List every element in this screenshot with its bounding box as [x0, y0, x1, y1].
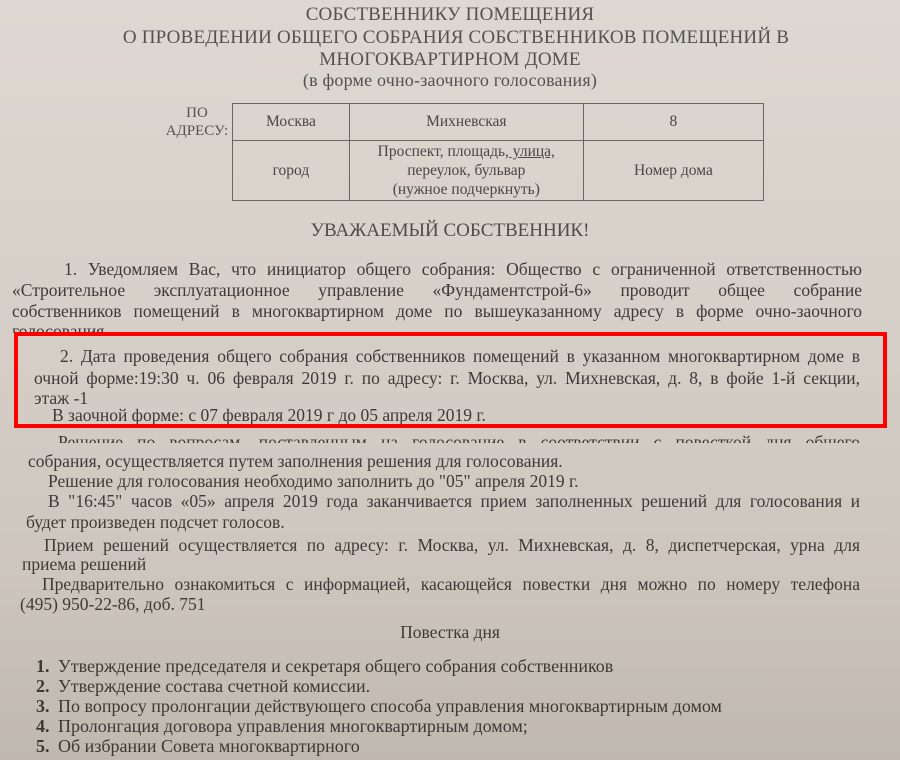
- agenda-item: 1.Утверждение председателя и секретаря о…: [36, 656, 613, 677]
- address-table: Москва Михневская 8 город Проспект, площ…: [232, 103, 764, 201]
- p3-line6: Прием решений осуществляется по адресу: …: [44, 535, 860, 556]
- p1-line3: собственников помещений в многоквартирно…: [12, 301, 862, 322]
- greeting-heading: УВАЖАЕМЫЙ СОБСТВЕННИК!: [0, 220, 900, 242]
- agenda-item-number: 1.: [36, 656, 58, 677]
- address-house-number: 8: [583, 104, 763, 141]
- address-street: Михневская: [349, 104, 583, 141]
- p3-line8: Предварительно ознакомиться с информацие…: [42, 574, 860, 595]
- address-label: ПО АДРЕСУ:: [162, 104, 232, 140]
- address-label-line2: АДРЕСУ:: [162, 122, 232, 140]
- agenda-item-text: Утверждение состава счетной комиссии.: [58, 676, 370, 696]
- p1-line1: 1. Уведомляем Вас, что инициатор общего …: [12, 259, 862, 280]
- caption-street-type: Проспект, площадь, улица, переулок, буль…: [349, 141, 583, 201]
- address-city: Москва: [233, 104, 350, 141]
- notice-title-line1: СОБСТВЕННИКУ ПОМЕЩЕНИЯ: [0, 4, 900, 26]
- agenda-item-number: 3.: [36, 696, 58, 717]
- p3-line4: В "16:45" часов «05» апреля 2019 года за…: [48, 491, 860, 512]
- agenda-item-number: 2.: [36, 676, 58, 697]
- address-values-row: Москва Михневская 8: [233, 104, 764, 141]
- agenda-item: 5.Об избрании Совета многоквартирного: [36, 736, 360, 757]
- caption-street-rest2: (нужное подчеркнуть): [354, 180, 579, 199]
- caption-street-underlined: , улица,: [505, 143, 555, 160]
- p3-line2: собрания, осуществляется путем заполнени…: [28, 451, 878, 472]
- agenda-item: 4.Пролонгация договора управления многок…: [36, 716, 528, 737]
- caption-city: город: [233, 141, 350, 201]
- p3-line3: Решение для голосования необходимо запол…: [48, 471, 898, 492]
- p3-line5: будет произведен подсчет голосов.: [26, 512, 876, 533]
- notice-subtitle: (в форме очно-заочного голосования): [0, 70, 900, 91]
- p3-line9-phone: (495) 950-22-86, доб. 751: [20, 594, 870, 615]
- p3-line7: приема решений: [22, 554, 872, 575]
- address-label-line1: ПО: [162, 104, 232, 122]
- caption-street-prefix: Проспект, площадь: [378, 143, 505, 160]
- agenda-item-number: 5.: [36, 736, 58, 757]
- p1-line2: «Строительное эксплуатационное управлени…: [12, 280, 862, 301]
- highlight-box: [14, 332, 887, 428]
- caption-house: Номер дома: [583, 141, 763, 201]
- notice-title-line3: МНОГОКВАРТИРНОМ ДОМЕ: [0, 49, 900, 71]
- agenda-item-text: По вопросу пролонгации действующего спос…: [58, 696, 722, 716]
- agenda-item-text: Пролонгация договора управления многоква…: [58, 716, 528, 736]
- notice-title-line2: О ПРОВЕДЕНИИ ОБЩЕГО СОБРАНИЯ СОБСТВЕННИК…: [0, 27, 900, 49]
- p3-line1: Решение по вопросам, поставленным на гол…: [58, 432, 860, 443]
- agenda-item: 3.По вопросу пролонгации действующего сп…: [36, 696, 722, 717]
- address-captions-row: город Проспект, площадь, улица, переулок…: [233, 141, 764, 201]
- agenda-item-text: Утверждение председателя и секретаря общ…: [58, 656, 613, 676]
- agenda-item-number: 4.: [36, 716, 58, 737]
- agenda-heading: Повестка дня: [0, 622, 900, 643]
- agenda-item-text: Об избрании Совета многоквартирного: [58, 736, 360, 756]
- agenda-item: 2.Утверждение состава счетной комиссии.: [36, 676, 370, 697]
- caption-street-rest1: переулок, бульвар: [354, 161, 579, 180]
